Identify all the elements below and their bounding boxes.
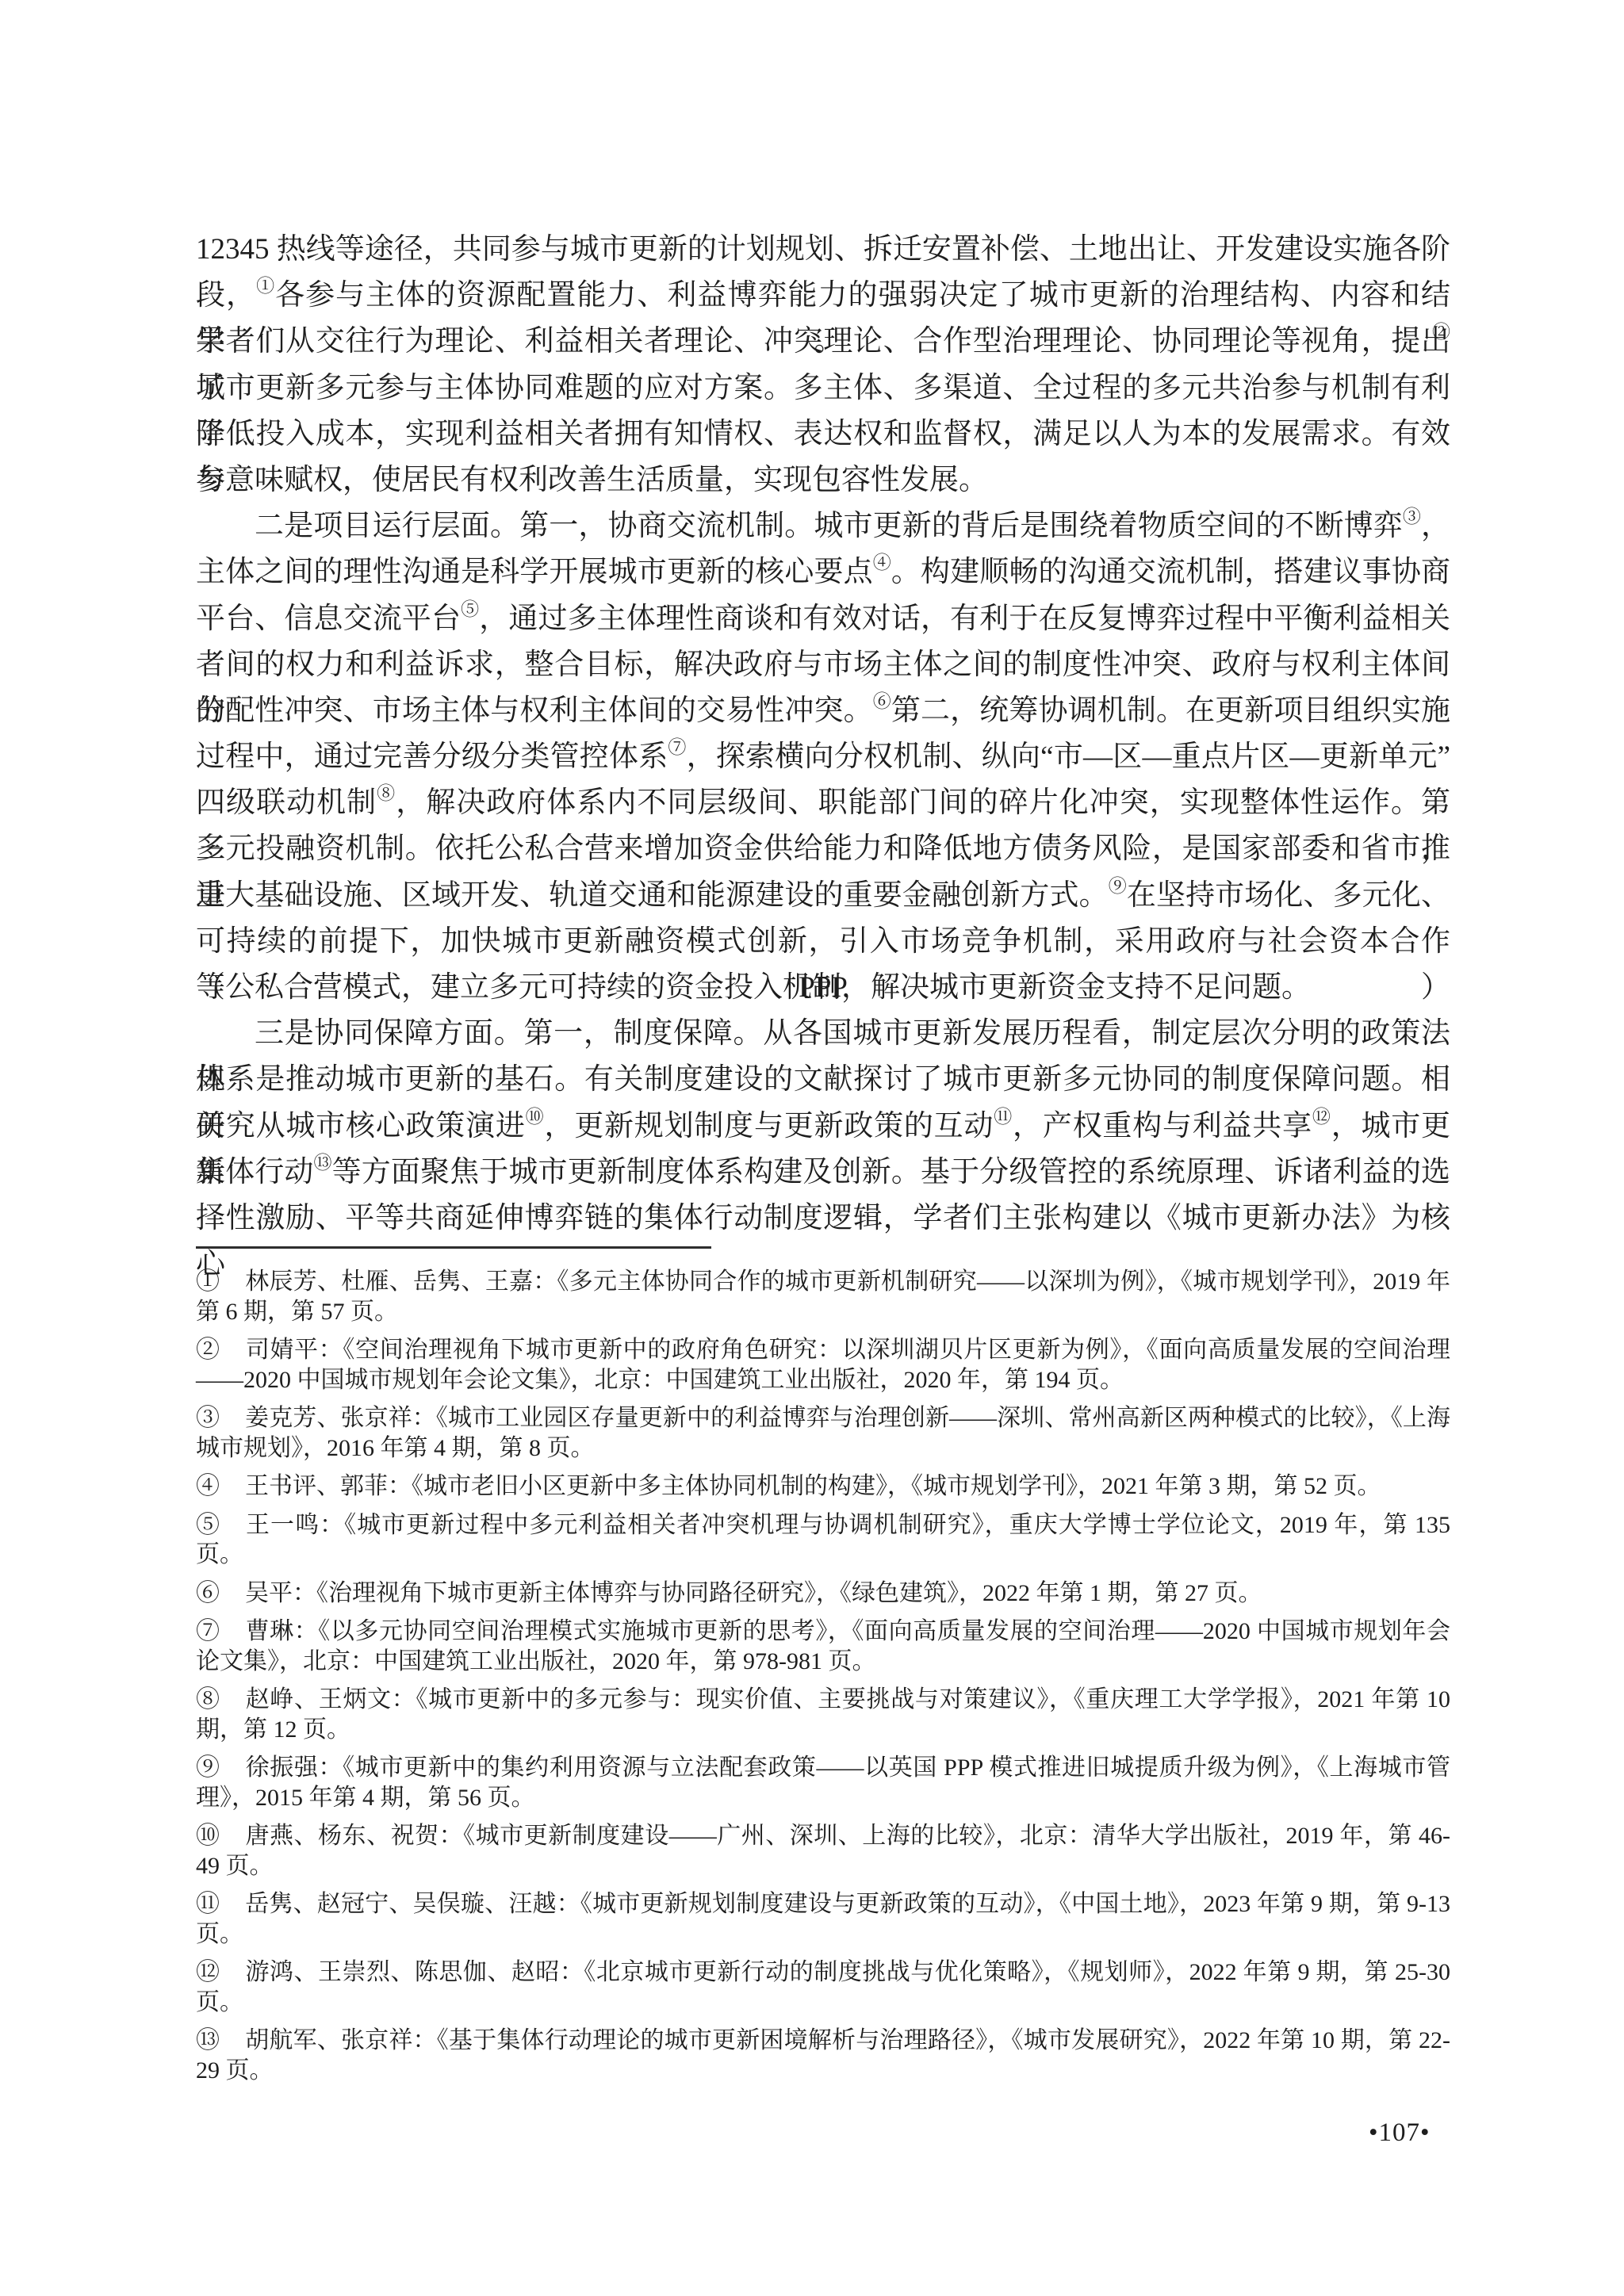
body-line: 体系是推动城市更新的基石。有关制度建设的文献探讨了城市更新多元协同的制度保障问题… [196,1057,1450,1103]
body-line: 三是协同保障方面。第一，制度保障。从各国城市更新发展历程看，制定层次分明的政策法… [196,1011,1450,1057]
footnote-text: 岳隽、赵冠宁、吴俣璇、汪越：《城市更新规划制度建设与更新政策的互动》，《中国土地… [196,1891,1450,1947]
footnote-marker: ⑥ [196,1580,220,1606]
body-line: 与意味赋权，使居民有权利改善生活质量，实现包容性发展。 [196,457,1450,503]
footnote-text: 吴平：《治理视角下城市更新主体博弈与协同路径研究》，《绿色建筑》，2022 年第… [245,1580,1262,1606]
footnotes-list: ①林辰芳、杜雁、岳隽、王嘉：《多元主体协同合作的城市更新机制研究——以深圳为例》… [196,1267,1450,2094]
footnote-text: 王书评、郭菲：《城市老旧小区更新中多主体协同机制的构建》，《城市规划学刊》，20… [245,1473,1381,1499]
footnote-marker: ⑧ [196,1686,220,1712]
body-line: 主体之间的理性沟通是科学开展城市更新的核心要点④。构建顺畅的沟通交流机制，搭建议… [196,549,1450,595]
footnote-text: 赵峥、王炳文：《城市更新中的多元参与：现实价值、主要挑战与对策建议》，《重庆理工… [196,1686,1450,1743]
body-line: 研究从城市核心政策演进⑩，更新规划制度与更新政策的互动⑪，产权重构与利益共享⑫，… [196,1104,1450,1150]
document-page: 12345 热线等途径，共同参与城市更新的计划规划、拆迁安置补偿、土地出让、开发… [0,0,1624,2296]
body-line: 平台、信息交流平台⑤，通过多主体理性商谈和有效对话，有利于在反复博弈过程中平衡利… [196,596,1450,642]
footnote-marker: ⑨ [196,1755,220,1781]
footnote-ref: ⑤ [461,599,479,619]
footnote-ref: ③ [1403,507,1421,526]
body-line: 者间的权力和利益诉求，整合目标，解决政府与市场主体之间的制度性冲突、政府与权利主… [196,642,1450,688]
footnote-marker: ② [196,1337,220,1363]
body-line: 可持续的前提下，加快城市更新融资模式创新，引入市场竞争机制，采用政府与社会资本合… [196,919,1450,965]
footnote-ref: ⑧ [377,783,396,803]
footnote-text: 唐燕、杨东、祝贺：《城市更新制度建设——广州、深圳、上海的比较》，北京：清华大学… [196,1823,1450,1879]
body-line: 12345 热线等途径，共同参与城市更新的计划规划、拆迁安置补偿、土地出让、开发… [196,227,1450,273]
body-line: 等公私合营模式，建立多元可持续的资金投入机制，解决城市更新资金支持不足问题。 [196,965,1450,1011]
footnote-text: 姜克芳、张京祥：《城市工业园区存量更新中的利益博弈与治理创新——深圳、常州高新区… [196,1405,1450,1461]
body-line: 二是项目运行层面。第一，协商交流机制。城市更新的背后是围绕着物质空间的不断博弈③… [196,503,1450,549]
footnote-marker: ③ [196,1405,220,1431]
footnote-marker: ④ [196,1473,220,1499]
footnote-item: ①林辰芳、杜雁、岳隽、王嘉：《多元主体协同合作的城市更新机制研究——以深圳为例》… [196,1267,1450,1326]
footnote-ref: ⑬ [313,1153,331,1173]
footnote-marker: ⑦ [196,1618,220,1644]
footnote-item: ⑨徐振强：《城市更新中的集约利用资源与立法配套政策——以英国 PPP 模式推进旧… [196,1753,1450,1812]
footnote-text: 王一鸣：《城市更新过程中多元利益相关者冲突机理与协调机制研究》，重庆大学博士学位… [196,1512,1450,1568]
footnote-marker: ⑪ [196,1891,220,1917]
footnote-item: ③姜克芳、张京祥：《城市工业园区存量更新中的利益博弈与治理创新——深圳、常州高新… [196,1403,1450,1463]
footnote-item: ⑫游鸿、王崇烈、陈思伽、赵昭：《北京城市更新行动的制度挑战与优化策略》，《规划师… [196,1957,1450,2017]
footnote-item: ④王书评、郭菲：《城市老旧小区更新中多主体协同机制的构建》，《城市规划学刊》，2… [196,1471,1450,1502]
footnote-marker: ⑩ [196,1823,220,1849]
body-line: 择性激励、平等共商延伸博弈链的集体行动制度逻辑，学者们主张构建以《城市更新办法》… [196,1196,1450,1242]
body-line: 四级联动机制⑧，解决政府体系内不同层级间、职能部门间的碎片化冲突，实现整体性运作… [196,780,1450,826]
footnote-marker: ⑤ [196,1512,220,1538]
footnote-item: ⑬胡航军、张京祥：《基于集体行动理论的城市更新困境解析与治理路径》，《城市发展研… [196,2026,1450,2085]
footnote-text: 徐振强：《城市更新中的集约利用资源与立法配套政策——以英国 PPP 模式推进旧城… [196,1755,1450,1811]
footnote-item: ⑥吴平：《治理视角下城市更新主体博弈与协同路径研究》，《绿色建筑》，2022 年… [196,1578,1450,1609]
footnote-ref: ⑪ [994,1107,1013,1127]
body-line: 分配性冲突、市场主体与权利主体间的交易性冲突。⑥第二，统筹协调机制。在更新项目组… [196,688,1450,734]
footnote-separator [196,1246,711,1249]
footnote-item: ⑤王一鸣：《城市更新过程中多元利益相关者冲突机理与协调机制研究》，重庆大学博士学… [196,1510,1450,1570]
body-line: 段，①各参与主体的资源配置能力、利益博弈能力的强弱决定了城市更新的治理结构、内容… [196,273,1450,319]
body-line: 多元投融资机制。依托公私合营来增加资金供给能力和降低地方债务风险，是国家部委和省… [196,826,1450,872]
footnote-text: 司婧平：《空间治理视角下城市更新中的政府角色研究：以深圳湖贝片区更新为例》，《面… [196,1337,1450,1393]
footnote-ref: ⑥ [873,691,891,711]
footnote-ref: ⑨ [1109,876,1127,896]
footnote-text: 林辰芳、杜雁、岳隽、王嘉：《多元主体协同合作的城市更新机制研究——以深圳为例》，… [196,1269,1450,1325]
body-line: 学者们从交往行为理论、利益相关者理论、冲突理论、合作型治理理论、协同理论等视角，… [196,319,1450,365]
footnote-ref: ⑩ [526,1107,545,1127]
footnote-text: 游鸿、王崇烈、陈思伽、赵昭：《北京城市更新行动的制度挑战与优化策略》，《规划师》… [196,1959,1450,2015]
footnote-ref: ④ [873,553,891,572]
body-line: 降低投入成本，实现利益相关者拥有知情权、表达权和监督权，满足以人为本的发展需求。… [196,411,1450,457]
footnote-item: ⑩唐燕、杨东、祝贺：《城市更新制度建设——广州、深圳、上海的比较》，北京：清华大… [196,1821,1450,1881]
footnote-item: ⑧赵峥、王炳文：《城市更新中的多元参与：现实价值、主要挑战与对策建议》，《重庆理… [196,1685,1450,1744]
page-number: •107• [1369,2118,1431,2148]
footnote-ref: ⑦ [668,737,686,757]
body-line: 过程中，通过完善分级分类管控体系⑦，探索横向分权机制、纵向“市—区—重点片区—更… [196,734,1450,780]
footnote-marker: ⑬ [196,2027,220,2053]
body-line: 重大基础设施、区域开发、轨道交通和能源建设的重要金融创新方式。⑨在坚持市场化、多… [196,873,1450,919]
footnote-ref: ① [256,276,275,296]
body-line: 集体行动⑬等方面聚焦于城市更新制度体系构建及创新。基于分级管控的系统原理、诉诸利… [196,1150,1450,1196]
footnote-item: ⑦曹琳：《以多元协同空间治理模式实施城市更新的思考》，《面向高质量发展的空间治理… [196,1617,1450,1676]
footnote-text: 曹琳：《以多元协同空间治理模式实施城市更新的思考》，《面向高质量发展的空间治理—… [196,1618,1450,1674]
footnote-marker: ① [196,1269,220,1295]
footnote-item: ②司婧平：《空间治理视角下城市更新中的政府角色研究：以深圳湖贝片区更新为例》，《… [196,1335,1450,1395]
footnote-ref: ⑫ [1312,1107,1331,1127]
body-line: 城市更新多元参与主体协同难题的应对方案。多主体、多渠道、全过程的多元共治参与机制… [196,365,1450,411]
footnote-text: 胡航军、张京祥：《基于集体行动理论的城市更新困境解析与治理路径》，《城市发展研究… [196,2027,1450,2084]
footnote-marker: ⑫ [196,1959,220,1985]
footnote-item: ⑪岳隽、赵冠宁、吴俣璇、汪越：《城市更新规划制度建设与更新政策的互动》，《中国土… [196,1889,1450,1949]
body-text: 12345 热线等途径，共同参与城市更新的计划规划、拆迁安置补偿、土地出让、开发… [196,227,1450,1242]
